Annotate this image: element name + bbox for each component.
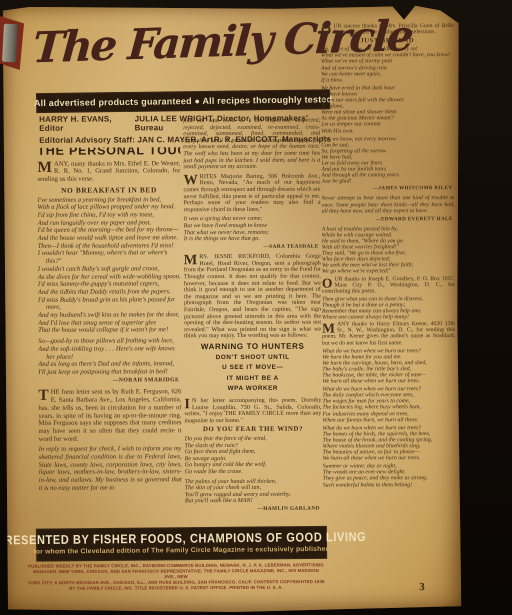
magazine-page: The Family Circle All advertised product…	[3, 5, 462, 613]
form-letter-intro: THE form letter sent us by Ruth E. Fergu…	[38, 389, 181, 444]
loughlin-letter-paragraph: IN her letter accompanying this poem, Do…	[184, 398, 321, 425]
writes-baring-paragraph: WRITES Marjorie Baring, 506 Holcomb Ave.…	[183, 173, 320, 213]
page-number: 3	[419, 581, 425, 593]
form-letter-part-2: find out who owns it. I am inspected, su…	[183, 118, 320, 171]
text-line: But you'll walk like a MAN!	[185, 498, 322, 505]
column-3: OUR sincere thanks to Mrs. Priscilla Gun…	[321, 23, 456, 526]
intro-paragraph: MANY, many thanks to Mrs. Ethel E. De We…	[37, 160, 180, 184]
text-line: It is the things we have that go.	[184, 236, 321, 243]
text-line: BY THE FAMILY CIRCLE, INC. TITLE REGISTE…	[27, 585, 325, 592]
poem-title-no-breakfast: NO BREAKFAST IN BED	[37, 186, 180, 194]
text-line: WPA WORKER	[184, 386, 321, 393]
publisher-fine-print: PUBLISHED WEEKLY BY THE FAMILY CIRCLE, I…	[27, 563, 325, 592]
text-line: I'll just keep on postponing that breakf…	[38, 368, 181, 376]
section-heading-personal-touch: THE PERSONAL TOUCH	[37, 147, 180, 155]
poem-author-teasdale: —SARA TEASDALE	[184, 243, 319, 250]
poem-author-garland: —HAMLIN GARLAND	[185, 505, 320, 512]
text-line: Just be glad!	[321, 178, 454, 185]
text-line: I wouldn't hear "Mommy, where's that or …	[38, 250, 181, 266]
masthead-logo: The Family Circle	[31, 13, 346, 72]
poem-burn-our-trees: What do we burn when we burn our trees?W…	[322, 348, 456, 489]
text-line: I'd miss Buddy's broad grin as his plate…	[38, 296, 181, 312]
guarantee-bar-text: All advertised products guaranteed ● All…	[34, 94, 332, 108]
hunters-warning-sign: WARNING TO HUNTERSDON'T SHOOT UNTILU SEE…	[184, 344, 321, 394]
photo-background: The Family Circle All advertised product…	[0, 0, 512, 615]
poem-just-be-glad: Oh, heart of mine, we shouldn't worry so…	[321, 46, 455, 185]
poem-title-just-be-glad: JUST BE GLAD	[321, 38, 454, 45]
keene-thanks-paragraph: MANY thanks to Harry Elmars Keene, 4020 …	[322, 321, 455, 346]
poem-teasdale: It was a spring that never came;But we h…	[184, 216, 321, 243]
fisher-foods-subline: for whom the Cleveland edition of The Fa…	[33, 546, 330, 556]
text-line: We go where we're expected!"	[322, 268, 455, 275]
form-letter-part-1: In reply to request for check, I wish to…	[39, 446, 182, 493]
poem-author-smaridge: —NORAH SMARIDGE	[38, 377, 179, 385]
poem-author-riley: —JAMES WHITCOMB RILEY	[321, 185, 452, 192]
rickford-paragraph: MRS. JESSIE RICKFORD, Columbia Gorge Hot…	[184, 254, 321, 340]
text-line: And the soft-tinkling tray . . . Here's …	[38, 345, 181, 361]
column-2: find out who owns it. I am inspected, su…	[183, 118, 322, 533]
text-line: U SEE IT MOVE—	[184, 365, 321, 372]
fisher-foods-bar: PRESENTED BY FISHER FOODS, CHAMPIONS OF …	[37, 527, 326, 561]
poem-give-what-you-can: Then give what you can to those in distr…	[322, 296, 455, 321]
hale-quote: Never attempt to bear more than one kind…	[322, 195, 455, 214]
poem-title-fear-the-wind: DO YOU FEAR THE WIND?	[185, 427, 322, 434]
text-line: Where one cannot always help many!	[322, 314, 455, 321]
text-line: DON'T SHOOT UNTIL	[184, 354, 321, 361]
text-line: That the house would collapse if it wasn…	[38, 327, 181, 335]
poem-no-breakfast-in-bed: I've sometimes a yearning for breakfast …	[38, 196, 182, 377]
poem-fear-the-wind: Do you fear the force of the wind,The sl…	[185, 436, 322, 506]
poem-host-of-troubles: A host of troubles passed him by,While h…	[322, 226, 455, 275]
quote-author-hale: —EDWARD EVERETT HALE	[322, 216, 453, 223]
text-line: Such wonderful balms to them belong!	[323, 482, 456, 489]
binder-clip	[2, 24, 18, 63]
column-1: THE PERSONAL TOUCH MANY, many thanks to …	[37, 147, 182, 530]
text-line: WARNING TO HUNTERS	[184, 344, 321, 351]
guarantee-bar: All advertised products guaranteed ● All…	[37, 90, 329, 112]
text-line: And the tidbits that Daddy retails from …	[38, 288, 181, 296]
text-line: And my husband's swift kiss as he makes …	[38, 311, 181, 319]
goodkey-thanks-paragraph: OUR thanks to Joseph E. Goodkey, P. O. B…	[322, 276, 455, 295]
text-line: IT MIGHT BE A	[184, 375, 321, 382]
credit-editor: HARRY H. EVANS, Editor	[39, 114, 135, 132]
gunn-thanks-paragraph: OUR sincere thanks to Mrs. Priscilla Gun…	[321, 23, 454, 36]
